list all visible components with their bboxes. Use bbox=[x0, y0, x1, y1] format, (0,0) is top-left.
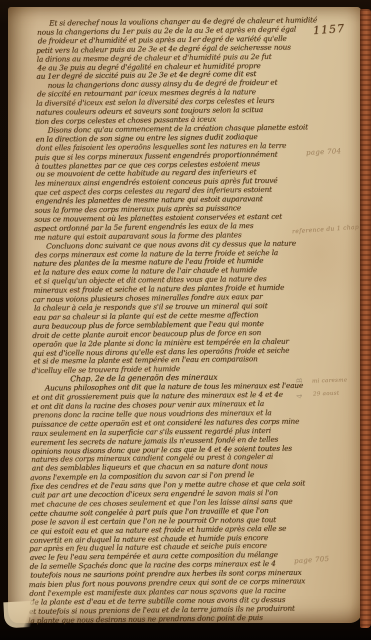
margin-note-faint-1: mi caresme bbox=[312, 377, 347, 384]
margin-note-faint-2: 29 aoust bbox=[313, 391, 340, 398]
manuscript-page: 1157 Et si derechef nous la voulions cha… bbox=[8, 7, 361, 623]
manuscript-text: Et si derechef nous la voulions changer … bbox=[29, 16, 326, 625]
manuscript-photo: 1157 Et si derechef nous la voulions cha… bbox=[0, 0, 371, 640]
margin-symbol-b: B bbox=[296, 376, 305, 383]
page-corner-curl bbox=[3, 600, 56, 629]
text-line: la plante que nous desirons nous ne pren… bbox=[28, 613, 317, 626]
book-fore-edge bbox=[360, 9, 371, 628]
margin-symbol-4: 4 bbox=[296, 392, 305, 398]
